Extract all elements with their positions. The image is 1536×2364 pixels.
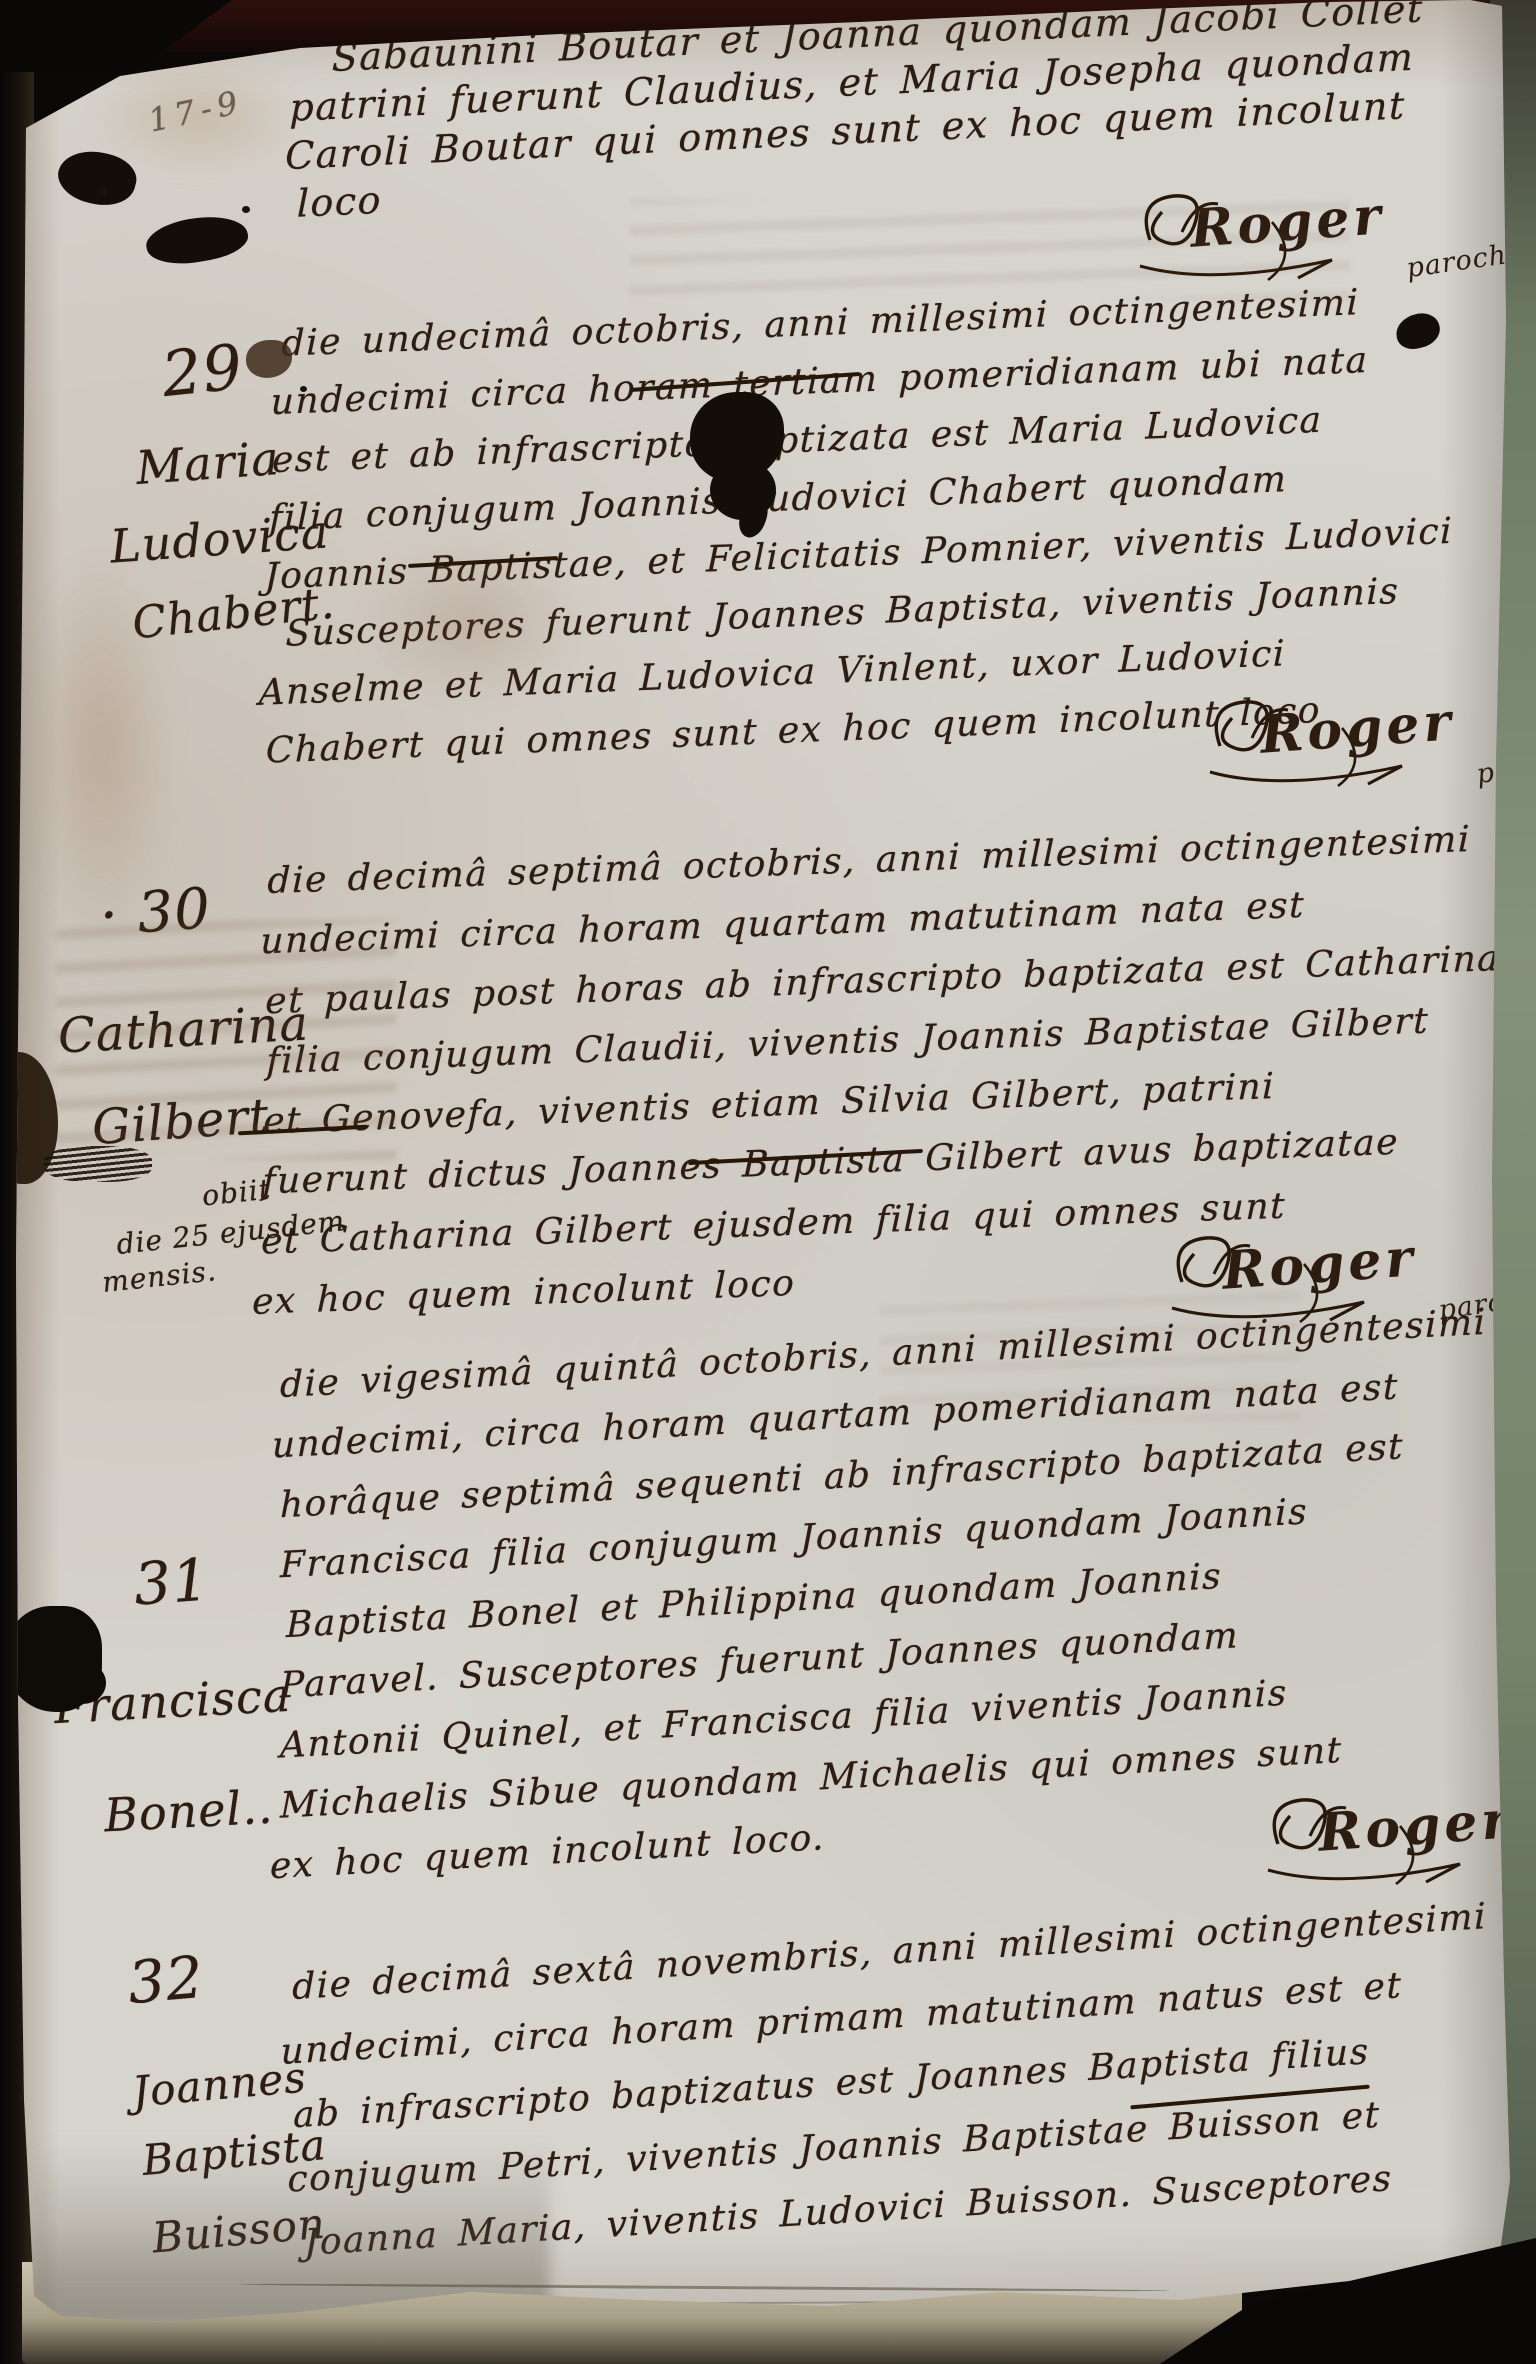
ink-spot xyxy=(242,206,250,213)
record-body: die decimâ sextâ novembris, anni millesi… xyxy=(292,1885,1489,2276)
margin-entry-number: 31 xyxy=(132,1545,212,1618)
priest-signature: Roger parochus xyxy=(1160,1228,1536,1348)
margin-name: Bonel.. xyxy=(103,1780,275,1843)
ink-spot xyxy=(98,188,108,196)
priest-signature: Roger parochus xyxy=(1198,692,1536,812)
ink-blot xyxy=(53,143,141,212)
ink-scribble xyxy=(44,1146,152,1182)
ink-blot xyxy=(143,209,251,270)
margin-entry-number: 29 xyxy=(158,330,246,411)
manuscript-paper: 17-9 Sabaunini Boutar et Joanna quondam … xyxy=(0,0,1536,2364)
scanned-register-page: 17-9 Sabaunini Boutar et Joanna quondam … xyxy=(0,0,1536,2364)
paper-crease xyxy=(240,2283,1170,2292)
page-number: 17-9 xyxy=(145,82,247,139)
priest-signature: Roger parochus xyxy=(1256,1790,1536,1910)
margin-entry-number: · 30 xyxy=(98,876,213,949)
priest-signature: Roger parochus xyxy=(1128,186,1536,306)
margin-entry-number: 32 xyxy=(125,1943,206,2017)
ink-spot xyxy=(300,386,307,392)
ink-blot xyxy=(60,1662,106,1704)
margin-name: Maria xyxy=(134,431,281,495)
